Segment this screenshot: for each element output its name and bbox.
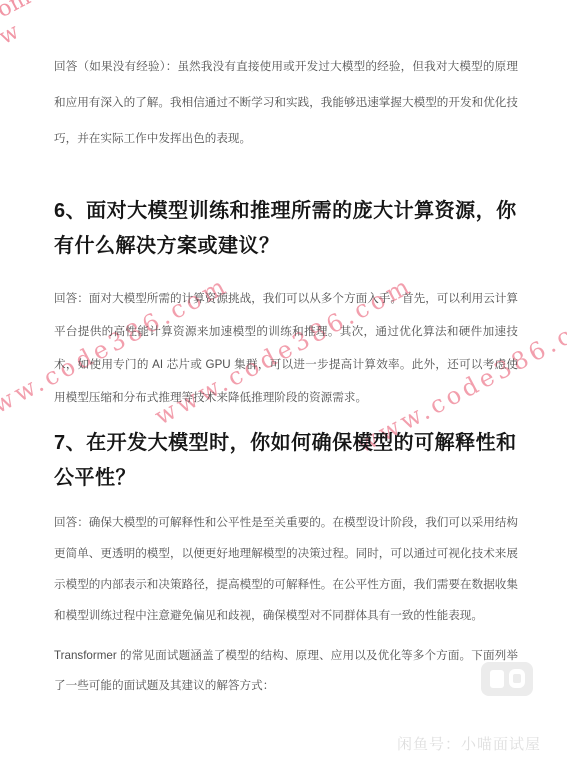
xianyu-logo-icon — [481, 662, 533, 696]
icon-glyph — [513, 674, 521, 683]
question-7-answer-paragraph: 回答：确保大模型的可解释性和公平性是至关重要的。在模型设计阶段，我们可以采用结构… — [54, 507, 518, 631]
question-6-answer-paragraph: 回答：面对大模型所需的计算资源挑战，我们可以从多个方面入手。首先，可以利用云计算… — [54, 282, 518, 414]
question-7-heading: 7、在开发大模型时，你如何确保模型的可解释性和公平性？ — [54, 426, 522, 496]
watermark-fragment-bottom: w — [0, 19, 23, 50]
answer-no-experience-paragraph: 回答（如果没有经验）：虽然我没有直接使用或开发过大模型的经验，但我对大模型的原理… — [54, 49, 518, 157]
icon-glyph — [490, 670, 504, 688]
seller-id-label: 闲鱼号：小喵面试屋 — [397, 733, 567, 754]
seller-watermark: 闲鱼号：小喵面试屋 — [397, 689, 567, 769]
document-page: om w www.code386.com www.code386.com www… — [0, 0, 567, 769]
watermark-fragment-top: om — [0, 0, 35, 23]
question-6-heading: 6、面对大模型训练和推理所需的庞大计算资源，你有什么解决方案或建议？ — [54, 194, 522, 264]
